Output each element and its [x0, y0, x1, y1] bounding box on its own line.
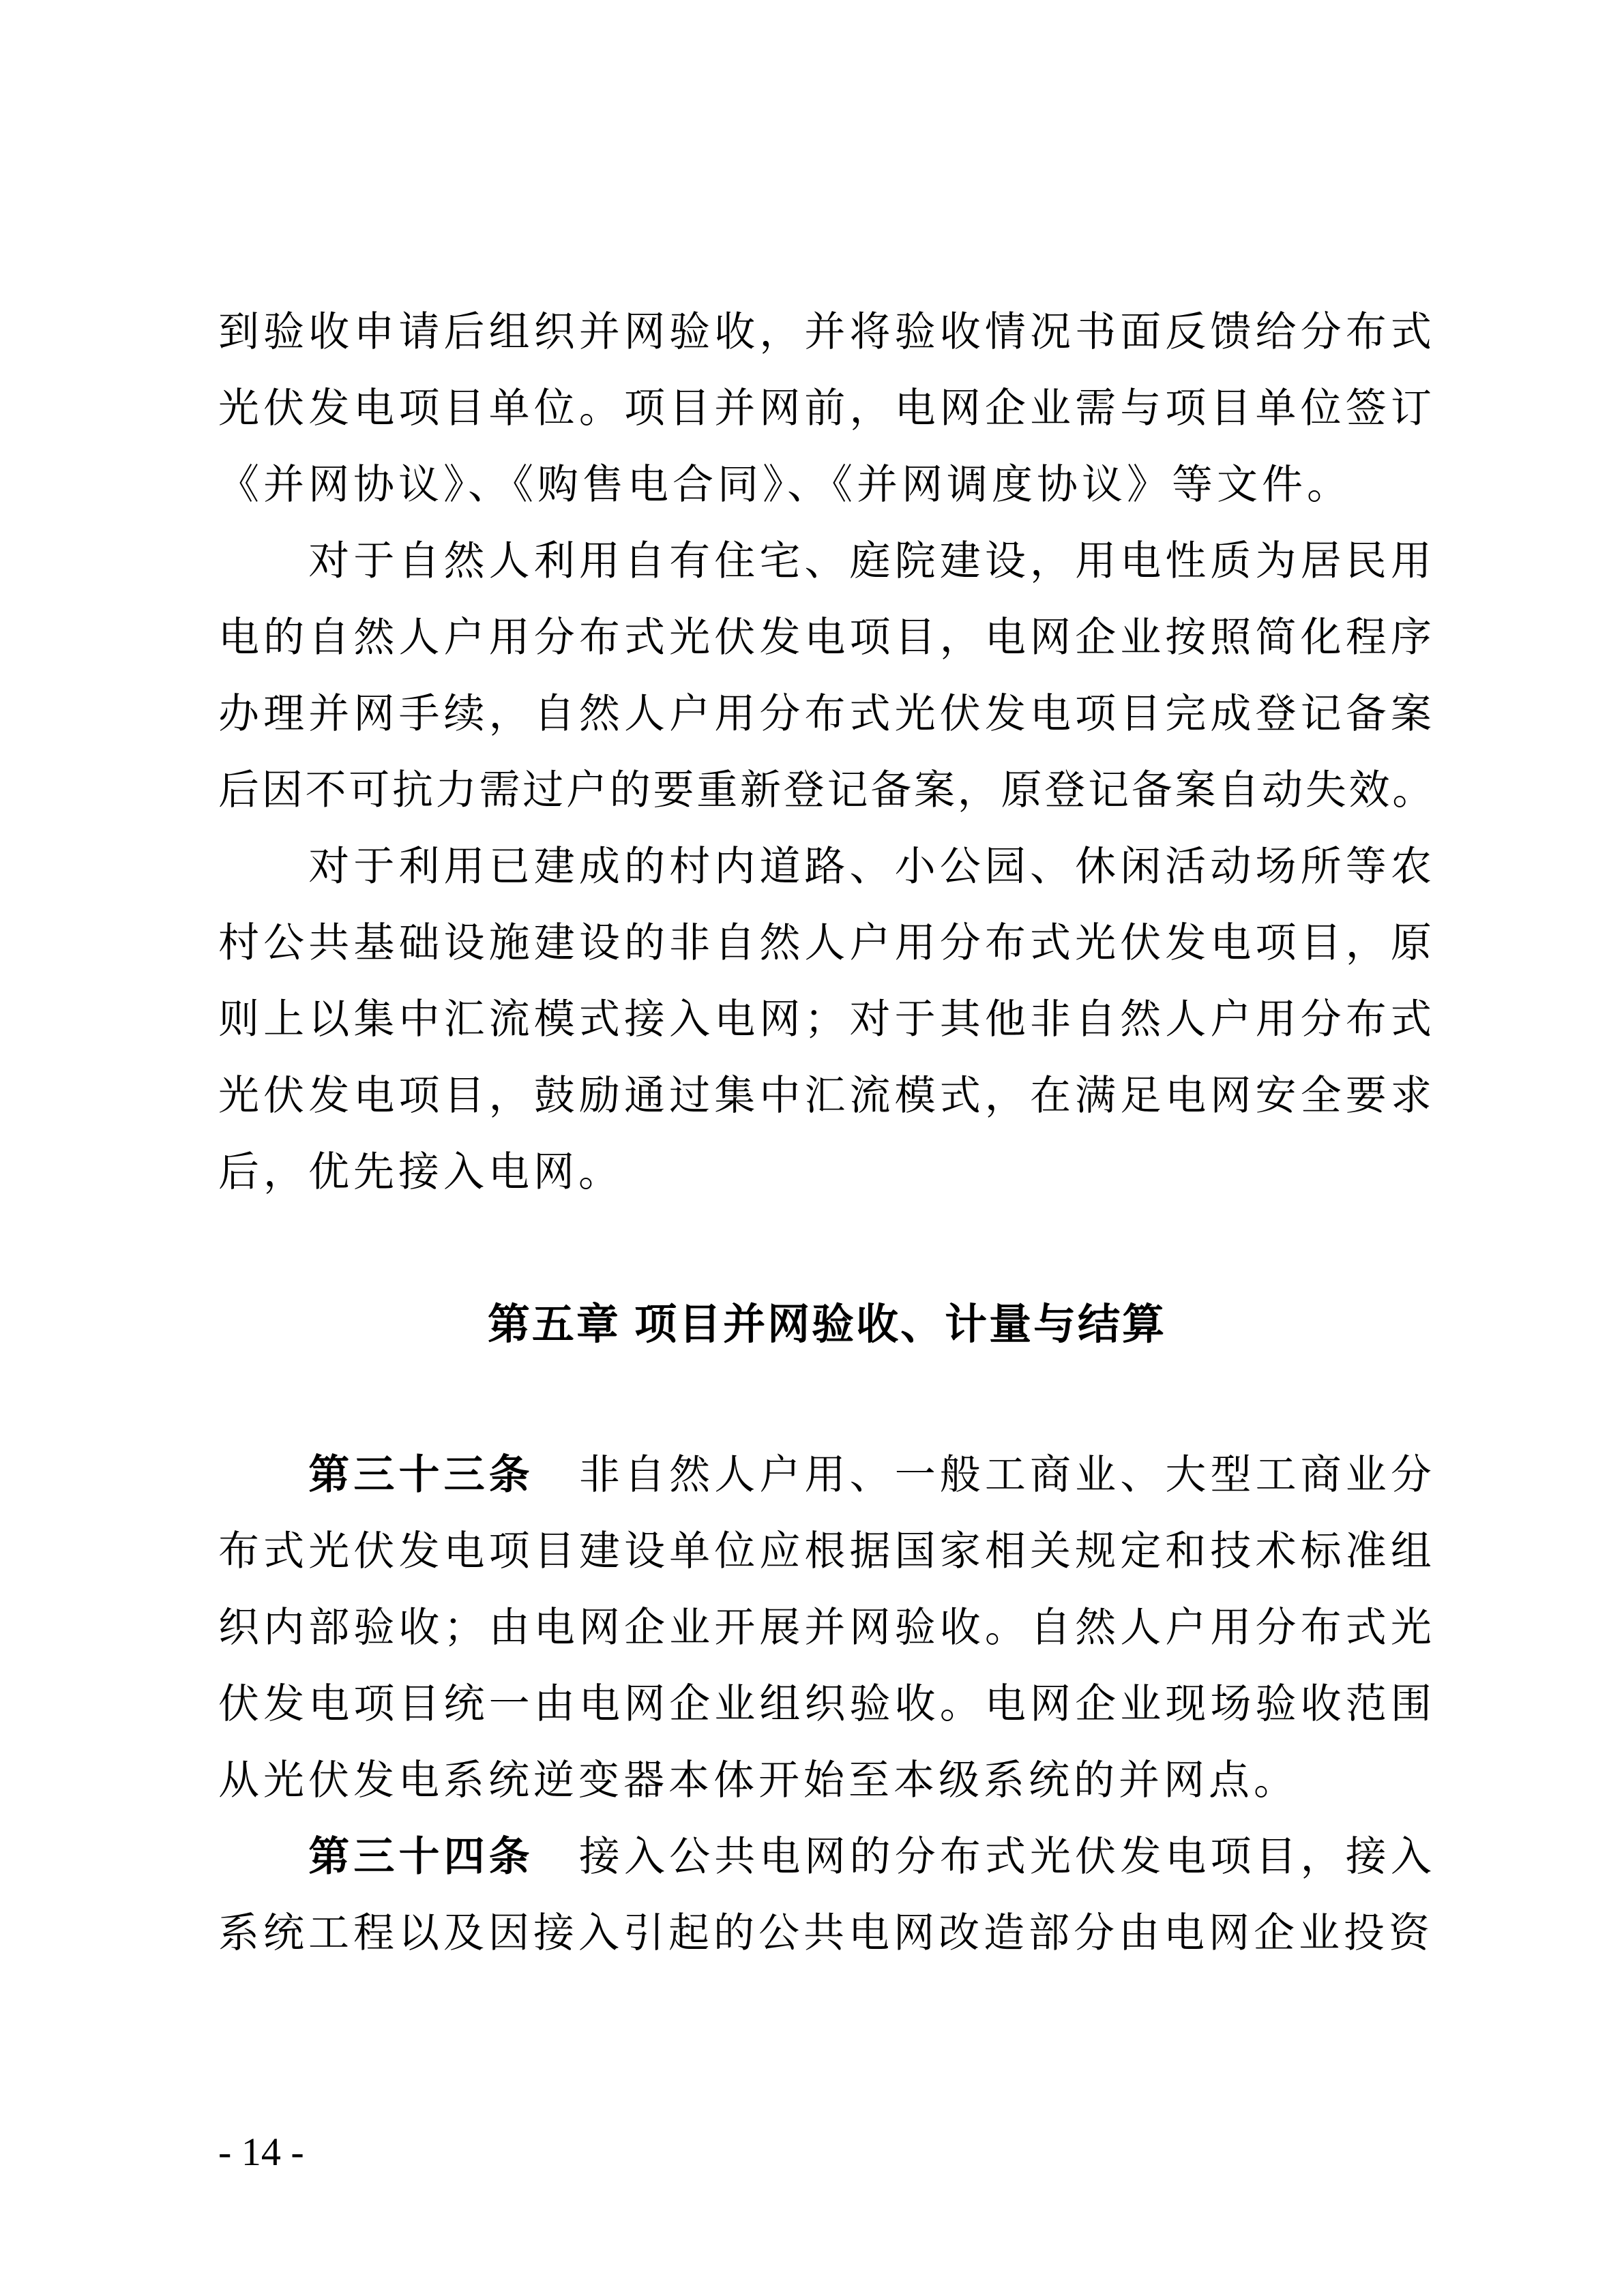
text-run: [218, 1452, 308, 1497]
text-line: 对于利用已建成的村内道路、小公园、休闲活动场所等农: [218, 829, 1436, 905]
text-run: 光伏发电项目单位。项目并网前，电网企业需与项目单位签订: [218, 386, 1436, 431]
text-run: [534, 1452, 579, 1497]
text-line: 《并网协议》、《购售电合同》、《并网调度协议》等文件。: [218, 447, 1436, 523]
text-run: 办理并网手续，自然人户用分布式光伏发电项目完成登记备案: [218, 691, 1436, 736]
text-line: 办理并网手续，自然人户用分布式光伏发电项目完成登记备案: [218, 676, 1436, 752]
text-line: 光伏发电项目单位。项目并网前，电网企业需与项目单位签订: [218, 370, 1436, 447]
text-line: 后因不可抗力需过户的要重新登记备案，原登记备案自动失效。: [218, 752, 1436, 829]
text-run: 非自然人户用、一般工商业、大型工商业分: [579, 1452, 1436, 1497]
text-run: 《并网协议》、《购售电合同》、《并网调度协议》等文件。: [218, 462, 1352, 507]
text-line: 布式光伏发电项目建设单位应根据国家相关规定和技术标准组: [218, 1513, 1436, 1590]
text-run: 伏发电项目统一由电网企业组织验收。电网企业现场验收范围: [218, 1682, 1436, 1727]
text-run: 光伏发电项目，鼓励通过集中汇流模式，在满足电网安全要求: [218, 1073, 1436, 1118]
text-line: 伏发电项目统一由电网企业组织验收。电网企业现场验收范围: [218, 1666, 1436, 1742]
text-run: 对于自然人利用自有住宅、庭院建设，用电性质为居民用: [218, 539, 1436, 584]
text-line: 则上以集中汇流模式接入电网；对于其他非自然人户用分布式: [218, 981, 1436, 1058]
text-run: 布式光伏发电项目建设单位应根据国家相关规定和技术标准组: [218, 1529, 1436, 1574]
text-line: 到验收申请后组织并网验收，并将验收情况书面反馈给分布式: [218, 294, 1436, 370]
text-run: 对于利用已建成的村内道路、小公园、休闲活动场所等农: [218, 844, 1436, 889]
text-run: 接入公共电网的分布式光伏发电项目，接入: [579, 1834, 1436, 1879]
text-line: 村公共基础设施建设的非自然人户用分布式光伏发电项目，原: [218, 905, 1436, 981]
text-line: 织内部验收；由电网企业开展并网验收。自然人户用分布式光: [218, 1590, 1436, 1666]
text-line: 从光伏发电系统逆变器本体开始至本级系统的并网点。: [218, 1742, 1436, 1819]
page-number: - 14 -: [218, 2132, 304, 2173]
article-number: 第三十四条: [308, 1834, 534, 1879]
text-run: 系统工程以及因接入引起的公共电网改造部分由电网企业投资: [218, 1911, 1434, 1956]
text-line: 第三十三条 非自然人户用、一般工商业、大型工商业分: [218, 1437, 1436, 1513]
text-line: 系统工程以及因接入引起的公共电网改造部分由电网企业投资: [218, 1895, 1436, 1971]
text-run: 到验收申请后组织并网验收，并将验收情况书面反馈给分布式: [218, 310, 1436, 355]
text-run: 村公共基础设施建设的非自然人户用分布式光伏发电项目，原: [218, 921, 1436, 966]
text-line: 电的自然人户用分布式光伏发电项目，电网企业按照简化程序: [218, 599, 1436, 676]
text-line: 第三十四条 接入公共电网的分布式光伏发电项目，接入: [218, 1819, 1436, 1895]
text-run: 后，优先接入电网。: [218, 1150, 623, 1195]
document-page: 到验收申请后组织并网验收，并将验收情况书面反馈给分布式光伏发电项目单位。项目并网…: [0, 0, 1624, 2296]
text-run: 电的自然人户用分布式光伏发电项目，电网企业按照简化程序: [218, 615, 1436, 660]
chapter-heading: 第五章 项目并网验收、计量与结算: [218, 1287, 1436, 1363]
text-line: 光伏发电项目，鼓励通过集中汇流模式，在满足电网安全要求: [218, 1058, 1436, 1134]
article-number: 第三十三条: [308, 1452, 534, 1497]
text-run: [534, 1834, 579, 1879]
text-line: 后，优先接入电网。: [218, 1134, 1436, 1210]
text-run: [218, 1834, 308, 1879]
text-run: 后因不可抗力需过户的要重新登记备案，原登记备案自动失效。: [218, 768, 1436, 813]
text-line: 对于自然人利用自有住宅、庭院建设，用电性质为居民用: [218, 523, 1436, 599]
text-run: 则上以集中汇流模式接入电网；对于其他非自然人户用分布式: [218, 997, 1436, 1042]
text-run: 从光伏发电系统逆变器本体开始至本级系统的并网点。: [218, 1758, 1299, 1803]
document-body: 到验收申请后组织并网验收，并将验收情况书面反馈给分布式光伏发电项目单位。项目并网…: [218, 294, 1436, 1971]
text-run: 织内部验收；由电网企业开展并网验收。自然人户用分布式光: [218, 1605, 1436, 1650]
